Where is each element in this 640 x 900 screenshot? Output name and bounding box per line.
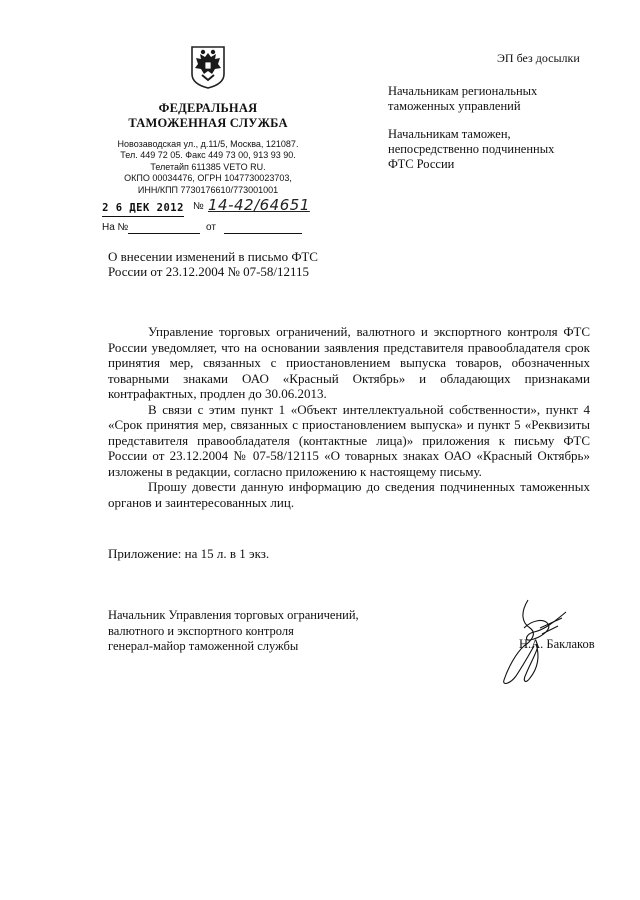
russian-coat-of-arms-icon <box>188 44 228 90</box>
letter-subject: О внесении изменений в письмо ФТС России… <box>108 249 348 279</box>
addressee-regional: Начальникам региональных таможенных упра… <box>388 84 618 114</box>
ref-number-blank <box>128 233 200 234</box>
signatory-name: Н.А. Баклаков <box>519 637 595 652</box>
letter-body: Управление торговых ограничений, валютно… <box>108 324 590 510</box>
org-address: Новозаводская ул., д.11/5, Москва, 12108… <box>100 139 316 150</box>
organization-details: Новозаводская ул., д.11/5, Москва, 12108… <box>100 139 316 196</box>
addressee-line: ФТС России <box>388 157 618 172</box>
addressee-line: Начальникам таможен, <box>388 127 618 142</box>
org-phones: Тел. 449 72 05. Факс 449 73 00, 913 93 9… <box>100 150 316 161</box>
org-okpo-ogrn: ОКПО 00034476, ОГРН 1047730023703, <box>100 173 316 184</box>
registration-date-stamp: 2 6 ДЕК 2012 <box>102 200 184 217</box>
organization-name: ФЕДЕРАЛЬНАЯ ТАМОЖЕННАЯ СЛУЖБА <box>108 101 308 131</box>
ref-number-label: На № <box>102 222 128 233</box>
registration-row: 2 6 ДЕК 2012 № 14-42/64651 <box>102 200 322 218</box>
number-label: № <box>193 201 204 212</box>
position-line: генерал-майор таможенной службы <box>108 639 428 655</box>
org-name-line1: ФЕДЕРАЛЬНАЯ <box>108 101 308 116</box>
body-paragraph: Прошу довести данную информацию до сведе… <box>108 479 590 510</box>
org-inn-kpp: ИНН/КПП 7730176610/773001001 <box>100 185 316 196</box>
addressee-line: таможенных управлений <box>388 99 618 114</box>
dispatch-note: ЭП без досылки <box>497 51 580 66</box>
reference-row: На № от <box>102 222 322 238</box>
ref-from-blank <box>224 233 302 234</box>
org-name-line2: ТАМОЖЕННАЯ СЛУЖБА <box>108 116 308 131</box>
subject-line1: О внесении изменений в письмо ФТС <box>108 249 348 264</box>
position-line: валютного и экспортного контроля <box>108 624 428 640</box>
registration-number-handwritten: 14-42/64651 <box>208 196 318 214</box>
position-line: Начальник Управления торговых ограничени… <box>108 608 428 624</box>
body-paragraph: Управление торговых ограничений, валютно… <box>108 324 590 402</box>
addressee-customs: Начальникам таможен, непосредственно под… <box>388 127 618 172</box>
addressee-line: Начальникам региональных <box>388 84 618 99</box>
signatory-position: Начальник Управления торговых ограничени… <box>108 608 428 655</box>
subject-line2: России от 23.12.2004 № 07-58/12115 <box>108 264 348 279</box>
addressee-line: непосредственно подчиненных <box>388 142 618 157</box>
body-paragraph: В связи с этим пункт 1 «Объект интеллект… <box>108 402 590 480</box>
ref-from-label: от <box>206 222 216 233</box>
org-teletype: Телетайп 611385 VETO RU. <box>100 162 316 173</box>
attachment-note: Приложение: на 15 л. в 1 экз. <box>108 546 269 562</box>
